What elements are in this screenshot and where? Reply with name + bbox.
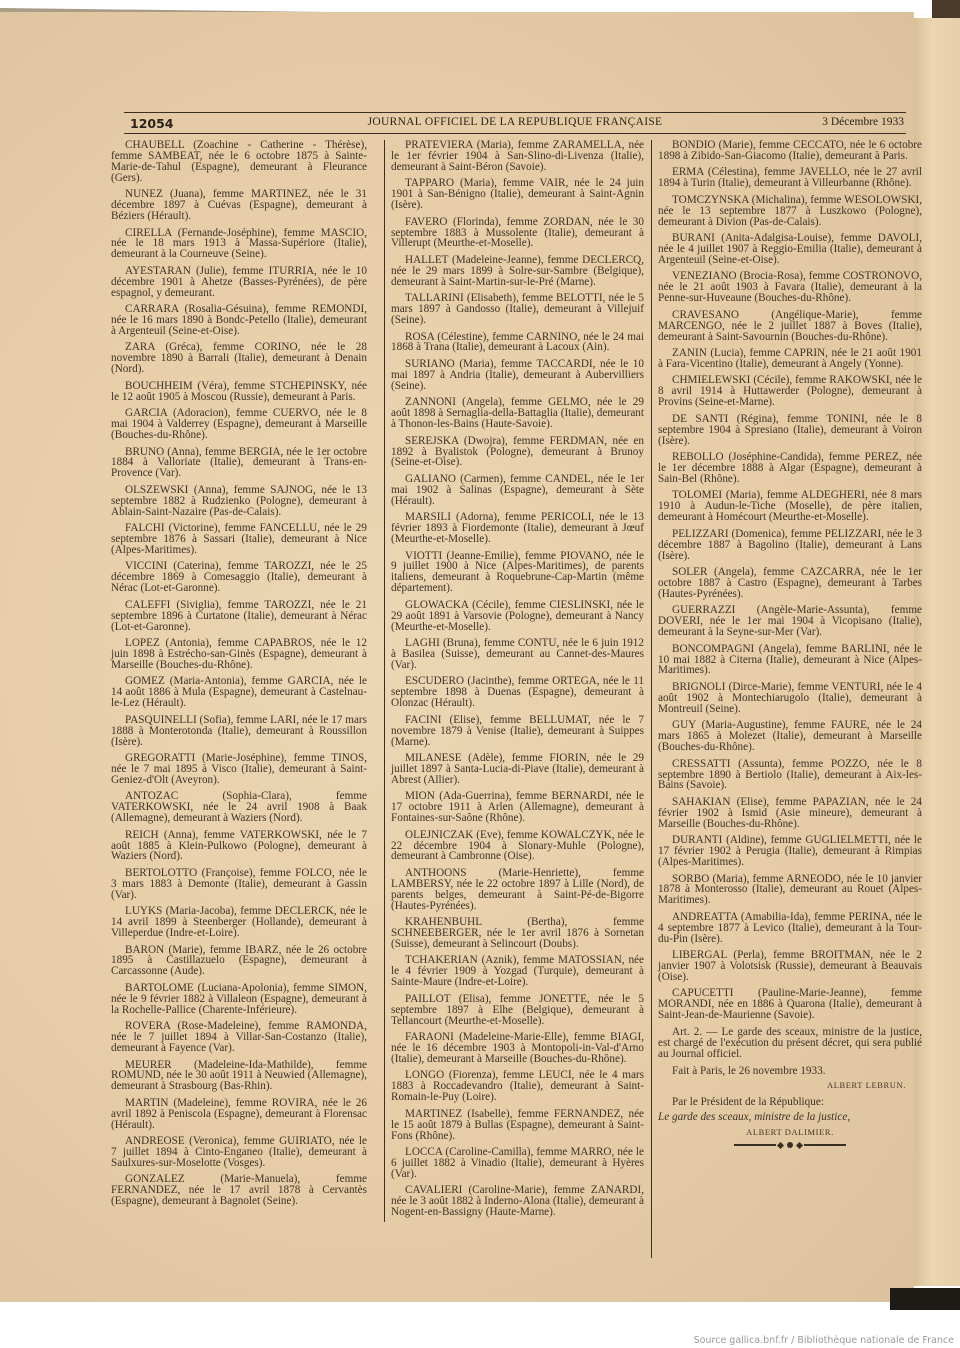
list-item: ANDREOSE (Veronica), femme GUIRIATO, née… xyxy=(111,1136,367,1169)
list-item: PELIZZARI (Domenica), femme PELIZZARI, n… xyxy=(658,529,922,562)
column-1: CHAUBELL (Zoachine - Catherine - Thérèse… xyxy=(111,140,367,1213)
list-item: GARCIA (Adoracion), femme CUERVO, née le… xyxy=(111,408,367,441)
list-item: VIOTTI (Jeanne-Emilie), femme PIOVANO, n… xyxy=(391,551,644,595)
list-item: CARRARA (Rosalia-Gésuina), femme REMONDI… xyxy=(111,304,367,337)
list-item: GUERRAZZI (Angèle-Marie-Assunta), femme … xyxy=(658,605,922,638)
list-item: LUYKS (Maria-Jacoba), femme DECLERCK, né… xyxy=(111,906,367,939)
list-item: SEREJSKA (Dwojra), femme FERDMAN, née en… xyxy=(391,436,644,469)
list-item: MION (Ada-Guerrina), femme BERNARDI, née… xyxy=(391,791,644,824)
list-item: ZANIN (Lucia), femme CAPRIN, née le 21 a… xyxy=(658,348,922,370)
list-item: ROSA (Célestine), femme CARNINO, née le … xyxy=(391,332,644,354)
list-item: CALEFFI (Siviglia), femme TAROZZI, née l… xyxy=(111,600,367,633)
list-item: FAVERO (Florinda), femme ZORDAN, née le … xyxy=(391,217,644,250)
list-item: ZARA (Gréca), femme CORINO, née le 28 no… xyxy=(111,342,367,375)
journal-title: JOURNAL OFFICIEL DE LA REPUBLIQUE FRANÇA… xyxy=(124,116,906,128)
list-item: FARAONI (Madeleine-Marie-Elle), femme BI… xyxy=(391,1032,644,1065)
list-item: GLOWACKA (Cécile), femme CIESLINSKI, née… xyxy=(391,600,644,633)
list-item: BOUCHHEIM (Véra), femme STCHEPINSKY, née… xyxy=(111,381,367,403)
list-item: BARTOLOME (Luciana-Apolonia), femme SIMO… xyxy=(111,983,367,1016)
list-item: BURANI (Anita-Adalgisa-Louise), femme DA… xyxy=(658,233,922,266)
list-item: FALCHI (Victorine), femme FANCELLU, née … xyxy=(111,523,367,556)
list-item: NUNEZ (Juana), femme MARTINEZ, née le 31… xyxy=(111,189,367,222)
list-item: GONZALEZ (Marie-Manuela), femme FERNANDE… xyxy=(111,1174,367,1207)
list-item: ANTHOONS (Marie-Henriette), femme LAMBER… xyxy=(391,868,644,912)
ornament-divider-icon xyxy=(658,1142,922,1148)
list-item: VENEZIANO (Brocia-Rosa), femme COSTRONOV… xyxy=(658,271,922,304)
list-item: BARON (Marie), femme IBARZ, née le 26 oc… xyxy=(111,945,367,978)
list-item: TOLOMEI (Maria), femme ALDEGHERI, née 8 … xyxy=(658,490,922,523)
list-item: BRUNO (Anna), femme BERGIA, née le 1er o… xyxy=(111,447,367,480)
list-item: SOLER (Angela), femme CAZCARRA, née le 1… xyxy=(658,567,922,600)
decree-closing: Art. 2. — Le garde des sceaux, ministre … xyxy=(652,1027,922,1148)
list-item: PASQUINELLI (Sofia), femme LARI, née le … xyxy=(111,715,367,748)
list-item: MILANESE (Adèle), femme FIORIN, née le 2… xyxy=(391,753,644,786)
list-item: CHAUBELL (Zoachine - Catherine - Thérèse… xyxy=(111,140,367,184)
list-item: DURANTI (Aldine), femme GUGLIELMETTI, né… xyxy=(658,835,922,868)
list-item: BONCOMPAGNI (Angela), femme BARLINI, née… xyxy=(658,644,922,677)
list-item: LIBERGAL (Perla), femme BROITMAN, née le… xyxy=(658,950,922,983)
list-item: CRESSATTI (Assunta), femme POZZO, née le… xyxy=(658,759,922,792)
list-item: PRATEVIERA (Maria), femme ZARAMELLA, née… xyxy=(391,140,644,173)
list-item: ERMA (Célestina), femme JAVELLO, née le … xyxy=(658,167,922,189)
list-item: SAHAKIAN (Elise), femme PAPAZIAN, née le… xyxy=(658,797,922,830)
list-item: BONDIO (Marie), femme CECCATO, née le 6 … xyxy=(658,140,922,162)
list-item: ANDREATTA (Amabilia-Ida), femme PERINA, … xyxy=(658,912,922,945)
list-item: OLEJNICZAK (Eve), femme KOWALCZYK, née l… xyxy=(391,830,644,863)
signed-place-date: Fait à Paris, le 26 novembre 1933. xyxy=(658,1066,922,1077)
list-item: MARTIN (Madeleine), femme ROVIRA, née le… xyxy=(111,1098,367,1131)
list-item: GUY (Maria-Augustine), femme FAURE, née … xyxy=(658,720,922,753)
list-item: CAVALIERI (Caroline-Marie), femme ZANARD… xyxy=(391,1185,644,1218)
list-item: ANTOZAC (Sophia-Clara), femme VATERKOWSK… xyxy=(111,791,367,824)
article-2: Art. 2. — Le garde des sceaux, ministre … xyxy=(658,1027,922,1060)
list-item: AYESTARAN (Julie), femme ITURRIA, née le… xyxy=(111,266,367,299)
list-item: HALLET (Madeleine-Jeanne), femme DECLERC… xyxy=(391,255,644,288)
countersign-line: Par le Président de la République: xyxy=(658,1097,922,1108)
list-item: CIRELLA (Fernande-Joséphine), femme MASC… xyxy=(111,228,367,261)
list-item: MARTINEZ (Isabelle), femme FERNANDEZ, né… xyxy=(391,1109,644,1142)
list-item: REBOLLO (Joséphine-Candida), femme PEREZ… xyxy=(658,452,922,485)
list-item: LOPEZ (Antonia), femme CAPABROS, née le … xyxy=(111,638,367,671)
list-item: BERTOLOTTO (Françoise), femme FOLCO, née… xyxy=(111,868,367,901)
source-credit: Source gallica.bnf.fr / Bibliothèque nat… xyxy=(694,1335,954,1346)
list-item: ROVERA (Rose-Madeleine), femme RAMONDA, … xyxy=(111,1021,367,1054)
minister-title: Le garde des sceaux, ministre de la just… xyxy=(658,1112,922,1123)
list-item: TALLARINI (Elisabeth), femme BELOTTI, né… xyxy=(391,293,644,326)
list-item: SURIANO (Maria), femme TACCARDI, née le … xyxy=(391,359,644,392)
list-item: LAGHI (Bruna), femme CONTU, née le 6 jui… xyxy=(391,638,644,671)
list-item: TAPPARO (Maria), femme VAIR, née le 24 j… xyxy=(391,178,644,211)
list-item: CRAVESANO (Angélique-Marie), femme MARCE… xyxy=(658,310,922,343)
list-item: VICCINI (Caterina), femme TAROZZI, née l… xyxy=(111,561,367,594)
naturalization-list: CHAUBELL (Zoachine - Catherine - Thérèse… xyxy=(111,140,367,1207)
list-item: KRAHENBUHL (Bertha), femme SCHNEEBERGER,… xyxy=(391,917,644,950)
list-item: CHMIELEWSKI (Cécile), femme RAKOWSKI, né… xyxy=(658,375,922,408)
list-item: LONGO (Fiorenza), femme LEUCI, née le 4 … xyxy=(391,1070,644,1103)
naturalization-list: PRATEVIERA (Maria), femme ZARAMELLA, née… xyxy=(385,140,644,1218)
list-item: DE SANTI (Régina), femme TONINI, née le … xyxy=(658,414,922,447)
list-item: TOMCZYNSKA (Michalina), femme WESOLOWSKI… xyxy=(658,195,922,228)
list-item: REICH (Anna), femme VATERKOWSKI, née le … xyxy=(111,830,367,863)
minister-signature: ALBERT DALIMIER. xyxy=(658,1127,922,1138)
list-item: GREGORATTI (Marie-Joséphine), femme TINO… xyxy=(111,753,367,786)
list-item: CAPUCETTI (Pauline-Marie-Jeanne), femme … xyxy=(658,988,922,1021)
page-header: 12054 JOURNAL OFFICIEL DE LA REPUBLIQUE … xyxy=(124,112,906,134)
issue-date: 3 Décembre 1933 xyxy=(822,116,904,128)
president-signature: ALBERT LEBRUN. xyxy=(658,1080,906,1091)
list-item: FACINI (Elise), femme BELLUMAT, née le 7… xyxy=(391,715,644,748)
list-item: GALIANO (Carmen), femme CANDEL, née le 1… xyxy=(391,474,644,507)
list-item: ZANNONI (Angela), femme GELMO, née le 29… xyxy=(391,397,644,430)
list-item: SORBO (Maria), femme ARNEODO, née le 10 … xyxy=(658,874,922,907)
list-item: MARSILI (Adorna), femme PERICOLI, née le… xyxy=(391,512,644,545)
list-item: OLSZEWSKI (Anna), femme SAJNOG, née le 1… xyxy=(111,485,367,518)
list-item: TCHAKERIAN (Aznik), femme MATOSSIAN, née… xyxy=(391,955,644,988)
list-item: BRIGNOLI (Dirce-Marie), femme VENTURI, n… xyxy=(658,682,922,715)
list-item: ESCUDERO (Jacinthe), femme ORTEGA, née l… xyxy=(391,676,644,709)
list-item: LOCCA (Caroline-Camilla), femme MARRO, n… xyxy=(391,1147,644,1180)
list-item: MEURER (Madeleine-Ida-Mathilde), femme R… xyxy=(111,1060,367,1093)
list-item: GOMEZ (Maria-Antonia), femme GARCIA, née… xyxy=(111,676,367,709)
column-2: PRATEVIERA (Maria), femme ZARAMELLA, née… xyxy=(384,140,644,1222)
list-item: PAILLOT (Elisa), femme JONETTE, née le 5… xyxy=(391,994,644,1027)
naturalization-list: BONDIO (Marie), femme CECCATO, née le 6 … xyxy=(652,140,922,1021)
column-3: BONDIO (Marie), femme CECCATO, née le 6 … xyxy=(651,140,922,1258)
